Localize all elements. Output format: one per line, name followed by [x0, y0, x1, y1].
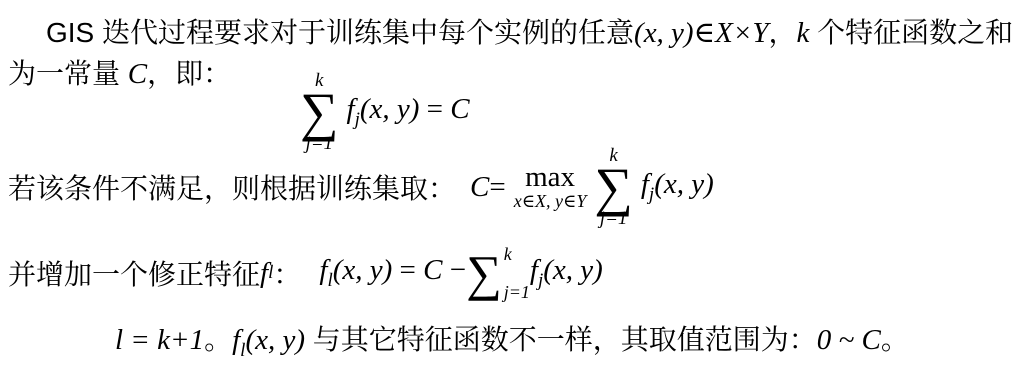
paragraph-line-1: GIS 迭代过程要求对于训练集中每个实例的任意(x, y)∈X×Y，k 个特征函…: [46, 11, 1013, 51]
math-xy-pair: (x, y): [634, 17, 694, 49]
sigma-icon: ∑: [594, 165, 633, 209]
sum-lower-limit: j=1: [504, 283, 530, 301]
paragraph-line-4: 并增加一个修正特征fl： fl(x, y) = C − ∑ k j=1 fj(x…: [8, 241, 603, 305]
summation-symbol-block: k ∑ j=1: [300, 71, 339, 153]
math-C: C: [423, 254, 442, 286]
text-gis-intro: GIS 迭代过程要求对于训练集中每个实例的任意: [46, 17, 634, 48]
paragraph-line-3: 若该条件不满足，则根据训练集取： C = max x∈X, y∈Y k ∑ j=…: [8, 146, 714, 228]
math-f: f: [232, 324, 240, 356]
math-f: f: [260, 257, 268, 290]
paragraph-line-2: 为一常量 C，即：: [8, 52, 231, 92]
text-add-correction-feature: 并增加一个修正特征: [8, 253, 260, 293]
sum-upper-limit: k: [504, 245, 530, 263]
paragraph-line-5: l = k+1。fl(x, y) 与其它特征函数不一样，其取值范围为：0 ~ C…: [115, 318, 909, 362]
math-f: f: [641, 168, 649, 200]
max-subscript: x∈X, y∈Y: [514, 192, 587, 212]
math-set-product: X×Y: [715, 17, 768, 49]
text-comma: ，: [768, 17, 796, 48]
math-args: (x, y): [333, 254, 393, 286]
text-feature-sum: 个特征函数之和: [809, 17, 1013, 48]
minus-sign: −: [442, 254, 466, 286]
math-args: (x, y): [245, 324, 305, 356]
text-that-is: ，即：: [147, 58, 231, 89]
formula-correction-feature: fl(x, y) = C − ∑ k j=1 fj(x, y): [319, 245, 602, 301]
text-constant-intro: 为一常量: [8, 58, 128, 89]
sum-right-limits: k j=1: [504, 245, 530, 301]
math-f: f: [347, 93, 355, 125]
sigma-icon: ∑: [466, 252, 502, 295]
math-args: (x, y): [543, 254, 603, 286]
sigma-icon: ∑: [300, 90, 339, 134]
max-word: max: [525, 163, 575, 192]
formula-sum-equals-C: k ∑ j=1 fj(x, y) = C: [300, 72, 470, 152]
text-condition-not-met: 若该条件不满足，则根据训练集取：: [8, 167, 456, 207]
math-C: C: [128, 58, 147, 90]
math-k: k: [797, 17, 810, 49]
formula3-term: fj(x, y): [530, 254, 603, 292]
formula3-lhs: fl(x, y) = C −: [319, 254, 466, 292]
max-operator-block: max x∈X, y∈Y: [514, 163, 587, 212]
math-args: (x, y): [360, 93, 420, 125]
equals-sign: =: [392, 254, 423, 286]
sum-lower-limit: j=1: [600, 209, 628, 228]
math-range: 0 ~ C: [817, 324, 881, 356]
text-period: 。: [881, 324, 909, 355]
text-period: 。: [204, 324, 232, 355]
document-page: GIS 迭代过程要求对于训练集中每个实例的任意(x, y)∈X×Y，k 个特征函…: [0, 0, 1023, 375]
math-l-equals: l = k+1: [115, 324, 204, 356]
formula1-expression: fj(x, y) = C: [347, 93, 470, 131]
text-range-description: 与其它特征函数不一样，其取值范围为：: [305, 324, 817, 355]
summation-symbol-block: k ∑ j=1: [594, 146, 633, 228]
text-colon: ：: [273, 253, 301, 293]
math-C: C: [450, 93, 469, 125]
equals-sign: =: [419, 93, 450, 125]
summation-inline-block: ∑ k j=1: [466, 245, 530, 301]
formula2-term: fj(x, y): [641, 168, 714, 206]
math-C: C: [470, 171, 489, 204]
math-f: f: [530, 254, 538, 286]
math-args: (x, y): [654, 168, 714, 200]
element-of-symbol: ∈: [694, 17, 715, 49]
formula-C-max: C = max x∈X, y∈Y k ∑ j=1 fj(x, y): [470, 146, 714, 228]
equals-sign: =: [489, 171, 505, 204]
